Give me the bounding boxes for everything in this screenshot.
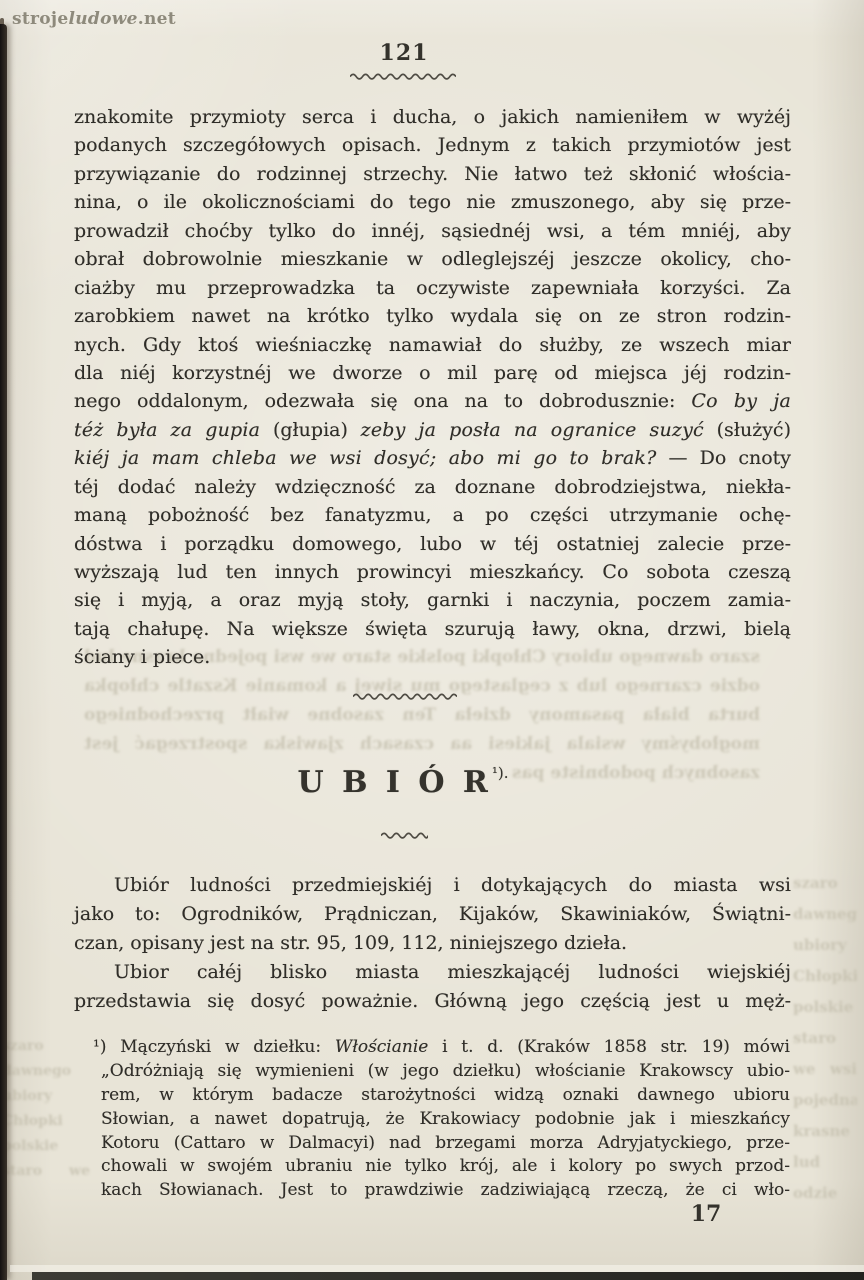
text-line: nych. Gdy ktoś wieśniaczkę namawiał do s…: [74, 331, 791, 359]
squiggle-ornament-under-page-number: [350, 71, 456, 80]
text-line: się i myją, a oraz myją stoły, garnki i …: [74, 586, 791, 614]
signature-number: 17: [676, 1201, 736, 1227]
text-line: czan, opisany jest na str. 95, 109, 112,…: [74, 929, 791, 958]
footnote-block: ¹) Mączyński w dziełku: Włościanie i t. …: [93, 1036, 790, 1203]
footnote-line: Słowian, a nawet dopatrują, że Krakowiac…: [93, 1108, 790, 1132]
section-heading-text: U B I Ó R: [297, 765, 491, 800]
text-line: przedstawia się dosyć poważnie. Główną j…: [74, 987, 791, 1016]
text-line: nina, o ile okolicznościami do tego nie …: [74, 188, 791, 216]
text-line: prowadził choćby tylko do innéj, sąsiedn…: [74, 217, 791, 245]
text-line: dóstwa i porządku domowego, lubo w téj o…: [74, 530, 791, 558]
text-line: obrał dobrowolnie mieszkanie w odleglejs…: [74, 245, 791, 273]
text-line: maną pobożność bez fanatyzmu, a po częśc…: [74, 501, 791, 529]
footnote-line: rem, w którym badacze starożytności widz…: [93, 1084, 790, 1108]
page-number-header: 121: [350, 40, 458, 66]
text-line: jako to: Ogrodników, Prądniczan, Kijaków…: [74, 900, 791, 929]
page-bottom-edge: [10, 1265, 864, 1272]
scanned-book-page: szaro dawnego ubiory Chłopki polskie sta…: [0, 0, 864, 1280]
bleed-through-text-middle: szaro dawnego ubiory Chłopki polskie sta…: [84, 643, 760, 875]
body-paragraph-continued: znakomite przymioty serca i ducha, o jak…: [74, 103, 791, 672]
squiggle-ornament-under-heading: [381, 830, 428, 839]
footnote-line: chowali w swojém ubraniu nie tylko krój,…: [93, 1155, 790, 1179]
footnote-line: ¹) Mączyński w dziełku: Włościanie i t. …: [93, 1036, 790, 1060]
watermark: strojeludowe.net: [12, 9, 176, 29]
book-edge-shadow: [0, 24, 7, 1280]
text-line: ciażby mu przeprowadzka ta oczywiste zap…: [74, 274, 791, 302]
text-line: podanych szczegółowych opisach. Jednym z…: [74, 131, 791, 159]
footnote-line: kach Słowianach. Jest to prawdziwie zadz…: [93, 1179, 790, 1203]
text-line: zarobkiem nawet na krótko tylko wydala s…: [74, 302, 791, 330]
bleed-through-text-left-margin: szaro dawnego ubiory Chłopki polskie sta…: [2, 1034, 90, 1184]
body-paragraph-ubior: Ubiór ludności przedmiejskiéj i dotykają…: [74, 871, 791, 1016]
text-line: ściany i piece.: [74, 643, 791, 671]
text-line: Ubior całéj blisko miasta mieszkającéj l…: [74, 958, 791, 987]
text-line: kiéj ja mam chleba we wsi dosyć; abo mi …: [74, 444, 791, 472]
text-line: nego oddalonym, odezwała się ona na to d…: [74, 387, 791, 415]
footnote-line: „Odróżniają się wymienieni (w jego dzieł…: [93, 1060, 790, 1084]
text-line: wyższają lud ten innych prowincyi mieszk…: [74, 558, 791, 586]
footnote-line: Kotoru (Cattaro w Dalmacyi) nad brzegami…: [93, 1132, 790, 1156]
scanner-bottom-band: [32, 1272, 864, 1280]
section-heading: U B I Ó R¹).: [297, 765, 508, 800]
text-line: przywiązanie do rodzinnej strzechy. Nie …: [74, 160, 791, 188]
watermark-prefix: stroje: [12, 9, 69, 29]
text-line: téj dodać należy wdzięczność za doznane …: [74, 473, 791, 501]
text-line: tają chałupę. Na większe święta szurują …: [74, 615, 791, 643]
bleed-through-text-right-margin: szaro dawnego ubiory Chłopki polskie sta…: [793, 868, 857, 1198]
text-line: téż była za gupia (głupia) zeby ja posła…: [74, 416, 791, 444]
text-line: Ubiór ludności przedmiejskiéj i dotykają…: [74, 871, 791, 900]
text-line: dla niéj korzystnéj we dworze o mil parę…: [74, 359, 791, 387]
watermark-suffix: .net: [138, 9, 176, 29]
watermark-middle: ludowe: [69, 9, 138, 29]
text-line: znakomite przymioty serca i ducha, o jak…: [74, 103, 791, 131]
squiggle-ornament-separator: [353, 691, 457, 700]
heading-footnote-reference: ¹).: [492, 764, 509, 782]
